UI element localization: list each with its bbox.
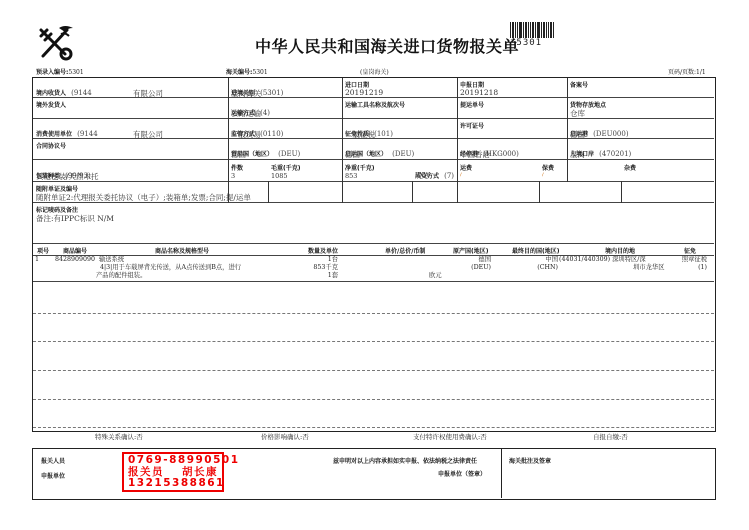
transport-name-label: 运输工具名称及航次号 [345, 100, 405, 109]
pieces-label: 件数 [231, 163, 243, 172]
insurance-value: / [542, 172, 544, 178]
gross-weight-label: 毛重(千克) [271, 163, 301, 172]
departure-port-value: 德国 [570, 129, 585, 140]
storage-value: 仓库 [570, 108, 585, 119]
col-goods-name: 商品名称及规格型号 [155, 246, 209, 255]
price-impact-confirm: 价格影响确认:否 [261, 432, 309, 441]
sign-label: 申报单位（签章） [438, 469, 486, 478]
barcode [510, 22, 554, 38]
transport-mode-value: 公路运输 [231, 108, 261, 119]
bill-no-label: 提运单号 [460, 100, 484, 109]
col-price: 单价/总价/币制 [385, 246, 425, 255]
page-title: 中华人民共和国海关进口货物报关单 [255, 34, 519, 57]
field-consumer: 消费使用单位 (9144 [36, 121, 98, 140]
customs-emblem-icon [35, 22, 75, 62]
col-item-no: 项号 [37, 246, 49, 255]
documents-value: 随附单证2:代理报关委托协议（电子）;装箱单;发票;合同;提/运单 [36, 192, 251, 203]
col-hs-code: 商品编号 [63, 246, 87, 255]
field-consignee: 境内收货人 (9144 [36, 80, 92, 99]
col-quantity: 数量及单位 [308, 246, 338, 255]
consignor-label: 境外发货人 [36, 100, 66, 109]
trade-country-value: 德国 [231, 149, 246, 160]
declarant-label: 报关人员 [41, 456, 65, 465]
gross-weight-value: 1085 [271, 172, 288, 180]
origin-country-value: 德国 [345, 149, 360, 160]
insurance-label: 保费 [542, 163, 554, 172]
prerecord-number: 预录入编号:5301 [36, 67, 84, 76]
page-count: 页码/页数:1/1 [668, 67, 706, 76]
levy-nature-value: 一般征税 [345, 129, 375, 140]
package-value: 其他包装/天然木托 [36, 171, 99, 182]
customs-name: (皇岗海关) [360, 67, 389, 76]
table-row: 1 8428909090 输送系统 4|3|用于车载屏背光传送，从A点传送到B点… [33, 256, 714, 281]
net-weight-label: 净重(千克) [345, 163, 375, 172]
net-weight-value: 853 [345, 172, 357, 180]
misc-label: 杂费 [624, 163, 636, 172]
col-levy: 征免 [684, 246, 696, 255]
license-label: 许可证号 [460, 121, 484, 130]
declaration-form: 境内收货人 (9144 有限公司 进境关别 (5301) 皇岗海关 进口日期 2… [32, 77, 716, 432]
declare-unit-label: 申报单位 [41, 471, 65, 480]
col-destination: 最终目的国(地区) [512, 246, 560, 255]
special-relation-confirm: 特殊关系确认:否 [95, 432, 143, 441]
consumer-value: 有限公司 [133, 129, 163, 140]
col-domestic-dest: 境内目的地 [605, 246, 635, 255]
entry-port-value: 皇岗 [570, 149, 585, 160]
declare-date-value: 20191218 [460, 88, 498, 97]
declaration-statement: 兹申明对以上内容承担如实申报、依法纳税之法律责任 [333, 456, 477, 465]
royalty-confirm: 支付特许权使用费确认:否 [413, 432, 487, 441]
barcode-number: *5301 [510, 38, 542, 48]
entry-customs-value: 皇岗海关 [231, 88, 261, 99]
col-origin: 原产国(地区) [453, 246, 489, 255]
supervision-value: 一般贸易 [231, 129, 261, 140]
freight-label: 运费 [460, 163, 472, 172]
pieces-value: 3 [231, 172, 235, 180]
deal-mode-value: EXW [415, 172, 430, 179]
consignee-value: 有限公司 [133, 88, 163, 99]
marks-value: 备注:有IPPC标识 N/M [36, 213, 114, 224]
freight-value: / [460, 172, 462, 178]
self-report-confirm: 自报自缴:否 [593, 432, 628, 441]
declarant-stamp: 0769-88990501 报关员胡长康 13215388861 [122, 452, 224, 492]
customs-note-label: 海关批注及签章 [509, 456, 551, 465]
import-date-value: 20191219 [345, 88, 383, 97]
record-no-label: 备案号 [570, 80, 588, 89]
customs-number: 海关编号:5301 [226, 67, 268, 76]
stop-port-value: 中国香港 [460, 149, 490, 160]
contract-label: 合同协议号 [36, 141, 66, 150]
